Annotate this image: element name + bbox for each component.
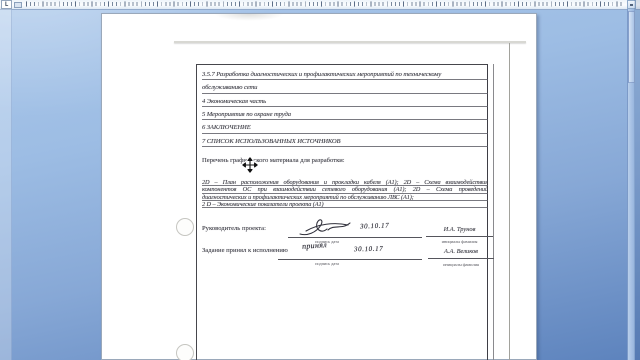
frame-double-line [493,64,494,360]
graphics-list: 2D – План расположения оборудования и пр… [202,179,488,208]
toc-line: 3.5.7 Разработка диагностических и профи… [202,67,488,80]
move-cursor-icon [242,157,258,173]
signature-line: принял 30.10.17 [278,241,422,260]
scan-edge [174,41,526,43]
toc-line: обслуживанию сети [202,80,488,93]
graphics-line: диагностических и профилактических мероп… [202,194,488,201]
tab-selector[interactable]: L [1,0,12,9]
indent-marker[interactable] [14,2,22,8]
hole-punch-icon [176,218,194,236]
scan-smudge [214,14,284,21]
scan-page-edge-line [509,43,510,360]
signature-date: 30.10.17 [360,221,390,230]
signature-line: 30.10.17 [288,219,422,238]
signature-date: 30.10.17 [354,245,383,254]
toc-line: 7 СПИСОК ИСПОЛЬЗОВАННЫХ ИСТОЧНИКОВ [202,134,488,147]
window-left-edge [0,9,12,360]
caption-sign-date: подпись дата [296,261,358,266]
graphics-line: компонентов ОС при взаимодействии сетево… [202,186,488,193]
toc-line: 4 Экономическая часть [202,94,488,107]
graphics-line: 2 D – Экономические показатели проекта (… [202,201,488,208]
document-page[interactable]: 3.5.7 Разработка диагностических и профи… [101,13,537,360]
hole-punch-icon [176,344,194,360]
signature-stroke-icon [298,216,356,238]
handwritten-word: принял [302,240,328,251]
signature-label: Руководитель проекта: [202,225,266,232]
window-right-edge [634,0,640,360]
graphics-line: 2D – План расположения оборудования и пр… [202,179,488,186]
word-window: L 3.5.7 Разработка диагностических и про… [0,0,640,360]
signature-name: И.А. Трунов [426,221,493,237]
signature-name: А.А. Великов [428,243,494,259]
toc-line: 6 ЗАКЛЮЧЕНИЕ [202,120,488,133]
signature-label: Задание принял к исполнению [202,247,288,254]
caption-initials-surname: инициалы фамилия [428,262,494,267]
toc-line: 5 Мероприятия по охране труда [202,107,488,120]
toc-section: 3.5.7 Разработка диагностических и профи… [202,67,488,147]
horizontal-ruler[interactable]: L [0,0,640,10]
